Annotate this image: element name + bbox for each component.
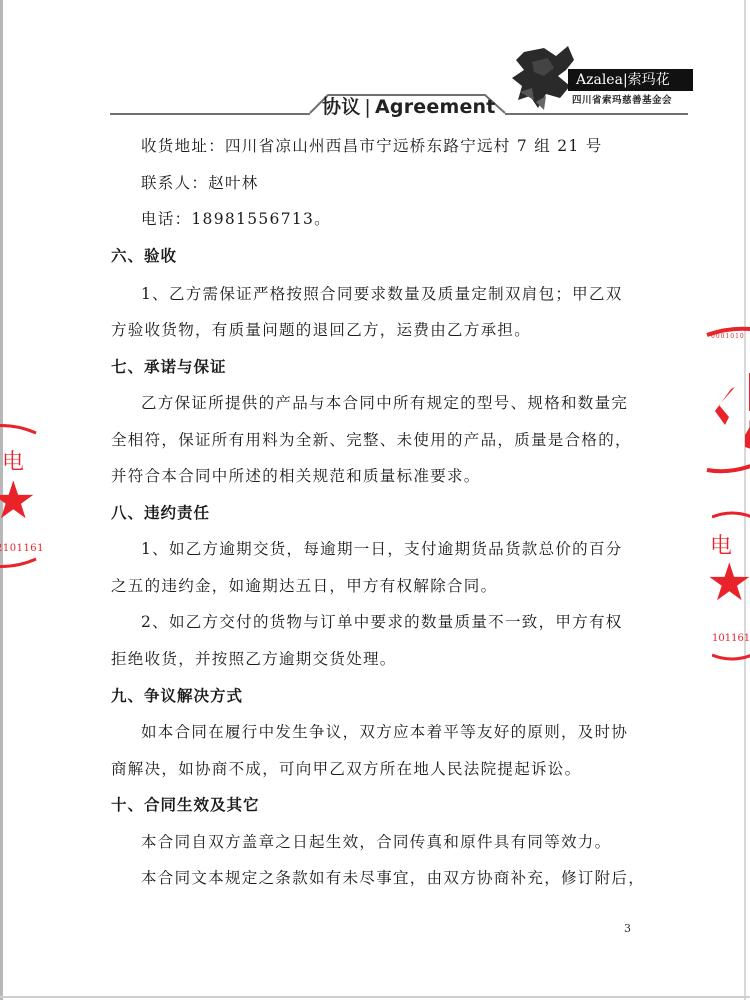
delivery-address: 收货地址：四川省凉山州西昌市宁远桥东路宁远村 7 组 21 号 (141, 134, 603, 156)
logo-brand-band: Azalea|索玛花 (568, 69, 693, 91)
page-edge-bottom (0, 996, 750, 998)
header-rule-left (110, 113, 310, 115)
logo-brand-cn: 索玛花 (628, 72, 670, 88)
seal-number: 0001010 (711, 333, 745, 340)
seal-ring (705, 325, 750, 480)
section-line: 并符合本合同中所述的相关规范和质量标准要求。 (111, 464, 481, 486)
section-line: 本合同自双方盖章之日起生效，合同传真和原件具有同等效力。 (141, 830, 611, 852)
section-line: 拒绝收货，并按照乙方逾期交货处理。 (111, 647, 397, 669)
logo-org-name: 四川省索玛慈善基金会 (572, 92, 694, 106)
header-title-separator: | (364, 96, 371, 118)
section-line: 1、如乙方逾期交货，每逾期一日，支付逾期货品货款总价的百分 (141, 537, 623, 559)
page-number: 3 (624, 922, 631, 935)
seal-number: 2101161 (0, 543, 44, 554)
logo-brand-en: Azalea (576, 72, 623, 88)
section-line: 乙方保证所提供的产品与本合同中所有规定的型号、规格和数量完 (141, 391, 628, 413)
header-title: 协议|Agreement (322, 92, 496, 120)
header-title-cn: 协议 (322, 96, 360, 118)
section-line: 1、乙方需保证严格按照合同要求数量及质量定制双肩包；甲乙双 (141, 282, 623, 304)
header-title-en: Agreement (375, 96, 496, 118)
section-line: 之五的违约金，如逾期达五日，甲方有权解除合同。 (111, 574, 497, 596)
company-seal-left: 电 ★ 2101161 (0, 405, 40, 575)
section-line: 方验收货物，有质量问题的退回乙方，运费由乙方承担。 (111, 318, 531, 340)
delivery-contact: 联系人：赵叶林 (141, 171, 259, 193)
company-seal-right-upper: 0001010 川 (705, 325, 750, 480)
section-heading-dispute: 九、争议解决方式 (111, 684, 243, 706)
company-seal-right-lower: 电 ★ 101161 (712, 505, 750, 665)
section-heading-acceptance: 六、验收 (111, 244, 177, 266)
section-heading-commitment: 七、承诺与保证 (111, 355, 227, 377)
delivery-phone: 电话：18981556713。 (141, 207, 331, 229)
seal-number: 101161 (712, 633, 750, 644)
section-line: 2、如乙方交付的货物与订单中要求的数量质量不一致，甲方有权 (141, 610, 623, 632)
star-icon: ★ (706, 557, 750, 609)
section-line: 全相符，保证所有用料为全新、完整、未使用的产品，质量是合格的， (111, 428, 632, 450)
section-heading-effectiveness: 十、合同生效及其它 (111, 793, 260, 815)
section-line: 商解决，如协商不成，可向甲乙双方所在地人民法院提起诉讼。 (111, 757, 581, 779)
section-heading-liability: 八、违约责任 (111, 501, 210, 523)
header-rule-right (505, 113, 688, 115)
section-line: 本合同文本规定之条款如有未尽事宜，由双方协商补充，修订附后， (141, 866, 645, 888)
azalea-logo: Azalea|索玛花 四川省索玛慈善基金会 (510, 42, 690, 112)
star-icon: ★ (0, 475, 37, 527)
page-edge-right (744, 0, 746, 1000)
section-line: 如本合同在履行中发生争议，双方应本着平等友好的原则，及时协 (141, 720, 628, 742)
